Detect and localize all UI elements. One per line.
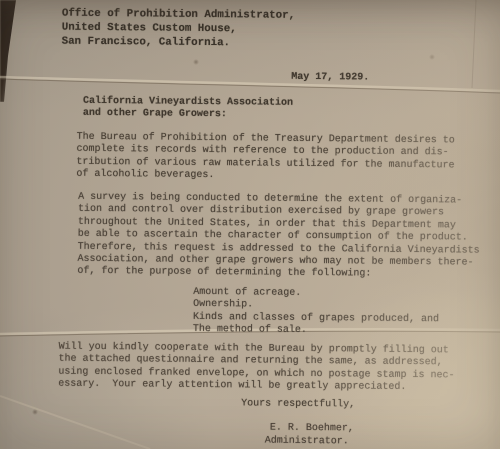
signature-title: Administrator.	[265, 436, 349, 449]
valediction: Yours respectfully,	[241, 398, 355, 412]
letter-photograph: Office of Prohibition Administrator, Uni…	[0, 0, 500, 449]
paragraph-cooperation-request: Will you kindly cooperate with the Burea…	[58, 342, 455, 395]
letterhead: Office of Prohibition Administrator, Uni…	[62, 7, 296, 51]
signature-name: E. R. Boehmer,	[270, 423, 354, 436]
information-list: Amount of acreage. Ownership. Kinds and …	[193, 287, 440, 339]
letter-content: Office of Prohibition Administrator, Uni…	[0, 0, 500, 449]
date-line: May 17, 1929.	[291, 72, 369, 85]
paragraph-survey-description: A survey is being conducted to determine…	[77, 192, 480, 283]
paragraph-records-purpose: The Bureau of Prohibition of the Treasur…	[76, 132, 455, 185]
salutation: California Vineyardists Association and …	[83, 96, 293, 123]
